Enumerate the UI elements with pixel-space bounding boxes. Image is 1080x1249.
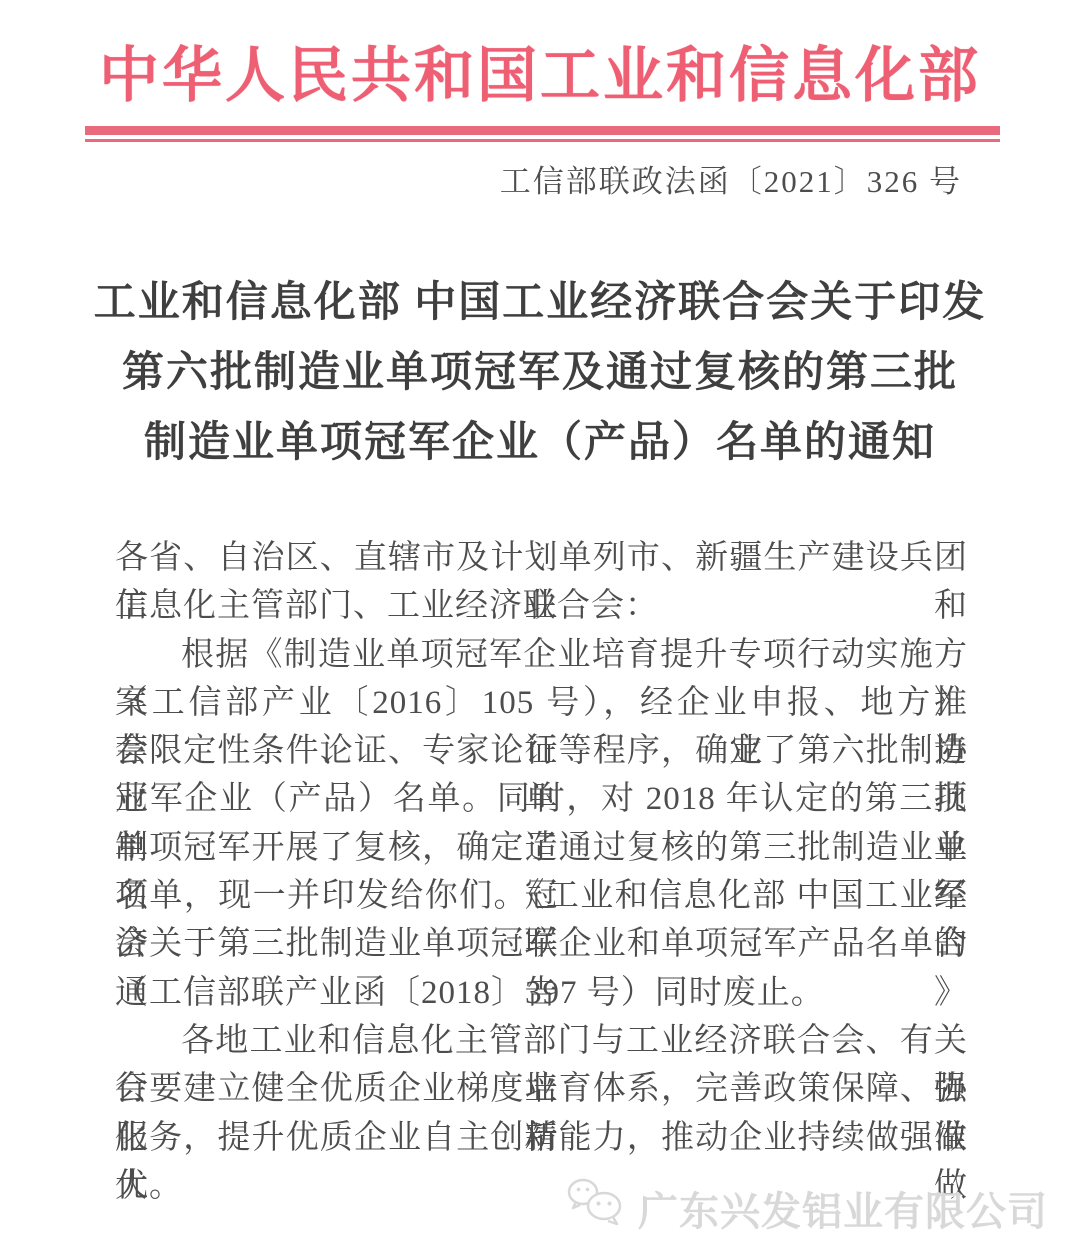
watermark: 广东兴发铝业有限公司 bbox=[564, 1176, 1048, 1240]
notice-title-line: 第六批制造业单项冠军及通过复核的第三批 bbox=[0, 338, 1080, 408]
red-rule-thin bbox=[85, 139, 1000, 142]
body-line: 单项冠军开展了复核，确定了通过复核的第三批制造业单项冠军 bbox=[115, 824, 968, 872]
red-rule bbox=[85, 126, 1000, 142]
body-line: 会关于第三批制造业单项冠军企业和单项冠军产品名单的通告》 bbox=[115, 920, 968, 968]
body-line: （工信部产业〔2016〕105 号），经企业申报、地方推荐、行业协 bbox=[115, 679, 968, 727]
body-line: 名单，现一并印发给你们。《工业和信息化部 中国工业经济联合 bbox=[115, 872, 968, 920]
document-number: 工信部联政法函〔2021〕326 号 bbox=[500, 156, 962, 201]
red-rule-thick bbox=[85, 126, 1000, 135]
body-line: 各省、自治区、直辖市及计划单列市、新疆生产建设兵团工业和 bbox=[115, 534, 968, 582]
body-line: 各地工业和信息化主管部门与工业经济联合会、有关行业协 bbox=[115, 1017, 968, 1065]
body-line: 服务，提升优质企业自主创新能力，推动企业持续做强做优做 bbox=[115, 1114, 968, 1162]
body-line: 会要建立健全优质企业梯度培育体系，完善政策保障、强化精准 bbox=[115, 1065, 968, 1113]
notice-body: 各省、自治区、直辖市及计划单列市、新疆生产建设兵团工业和 信息化主管部门、工业经… bbox=[115, 534, 968, 1210]
document-page: 中华人民共和国工业和信息化部 工信部联政法函〔2021〕326 号 工业和信息化… bbox=[0, 0, 1080, 1249]
body-line: 根据《制造业单项冠军企业培育提升专项行动实施方案》 bbox=[115, 631, 968, 679]
notice-title-line: 工业和信息化部 中国工业经济联合会关于印发 bbox=[0, 268, 1080, 338]
body-line: 冠军企业（产品）名单。同时，对 2018 年认定的第三批制造业 bbox=[115, 775, 968, 823]
watermark-company: 广东兴发铝业有限公司 bbox=[638, 1180, 1048, 1237]
notice-title-line: 制造业单项冠军企业（产品）名单的通知 bbox=[0, 408, 1080, 478]
body-line: 会限定性条件论证、专家论证等程序，确定了第六批制造业单项 bbox=[115, 727, 968, 775]
ministry-letterhead: 中华人民共和国工业和信息化部 bbox=[0, 28, 1080, 114]
notice-title: 工业和信息化部 中国工业经济联合会关于印发 第六批制造业单项冠军及通过复核的第三… bbox=[0, 268, 1080, 478]
wechat-icon bbox=[564, 1176, 628, 1240]
